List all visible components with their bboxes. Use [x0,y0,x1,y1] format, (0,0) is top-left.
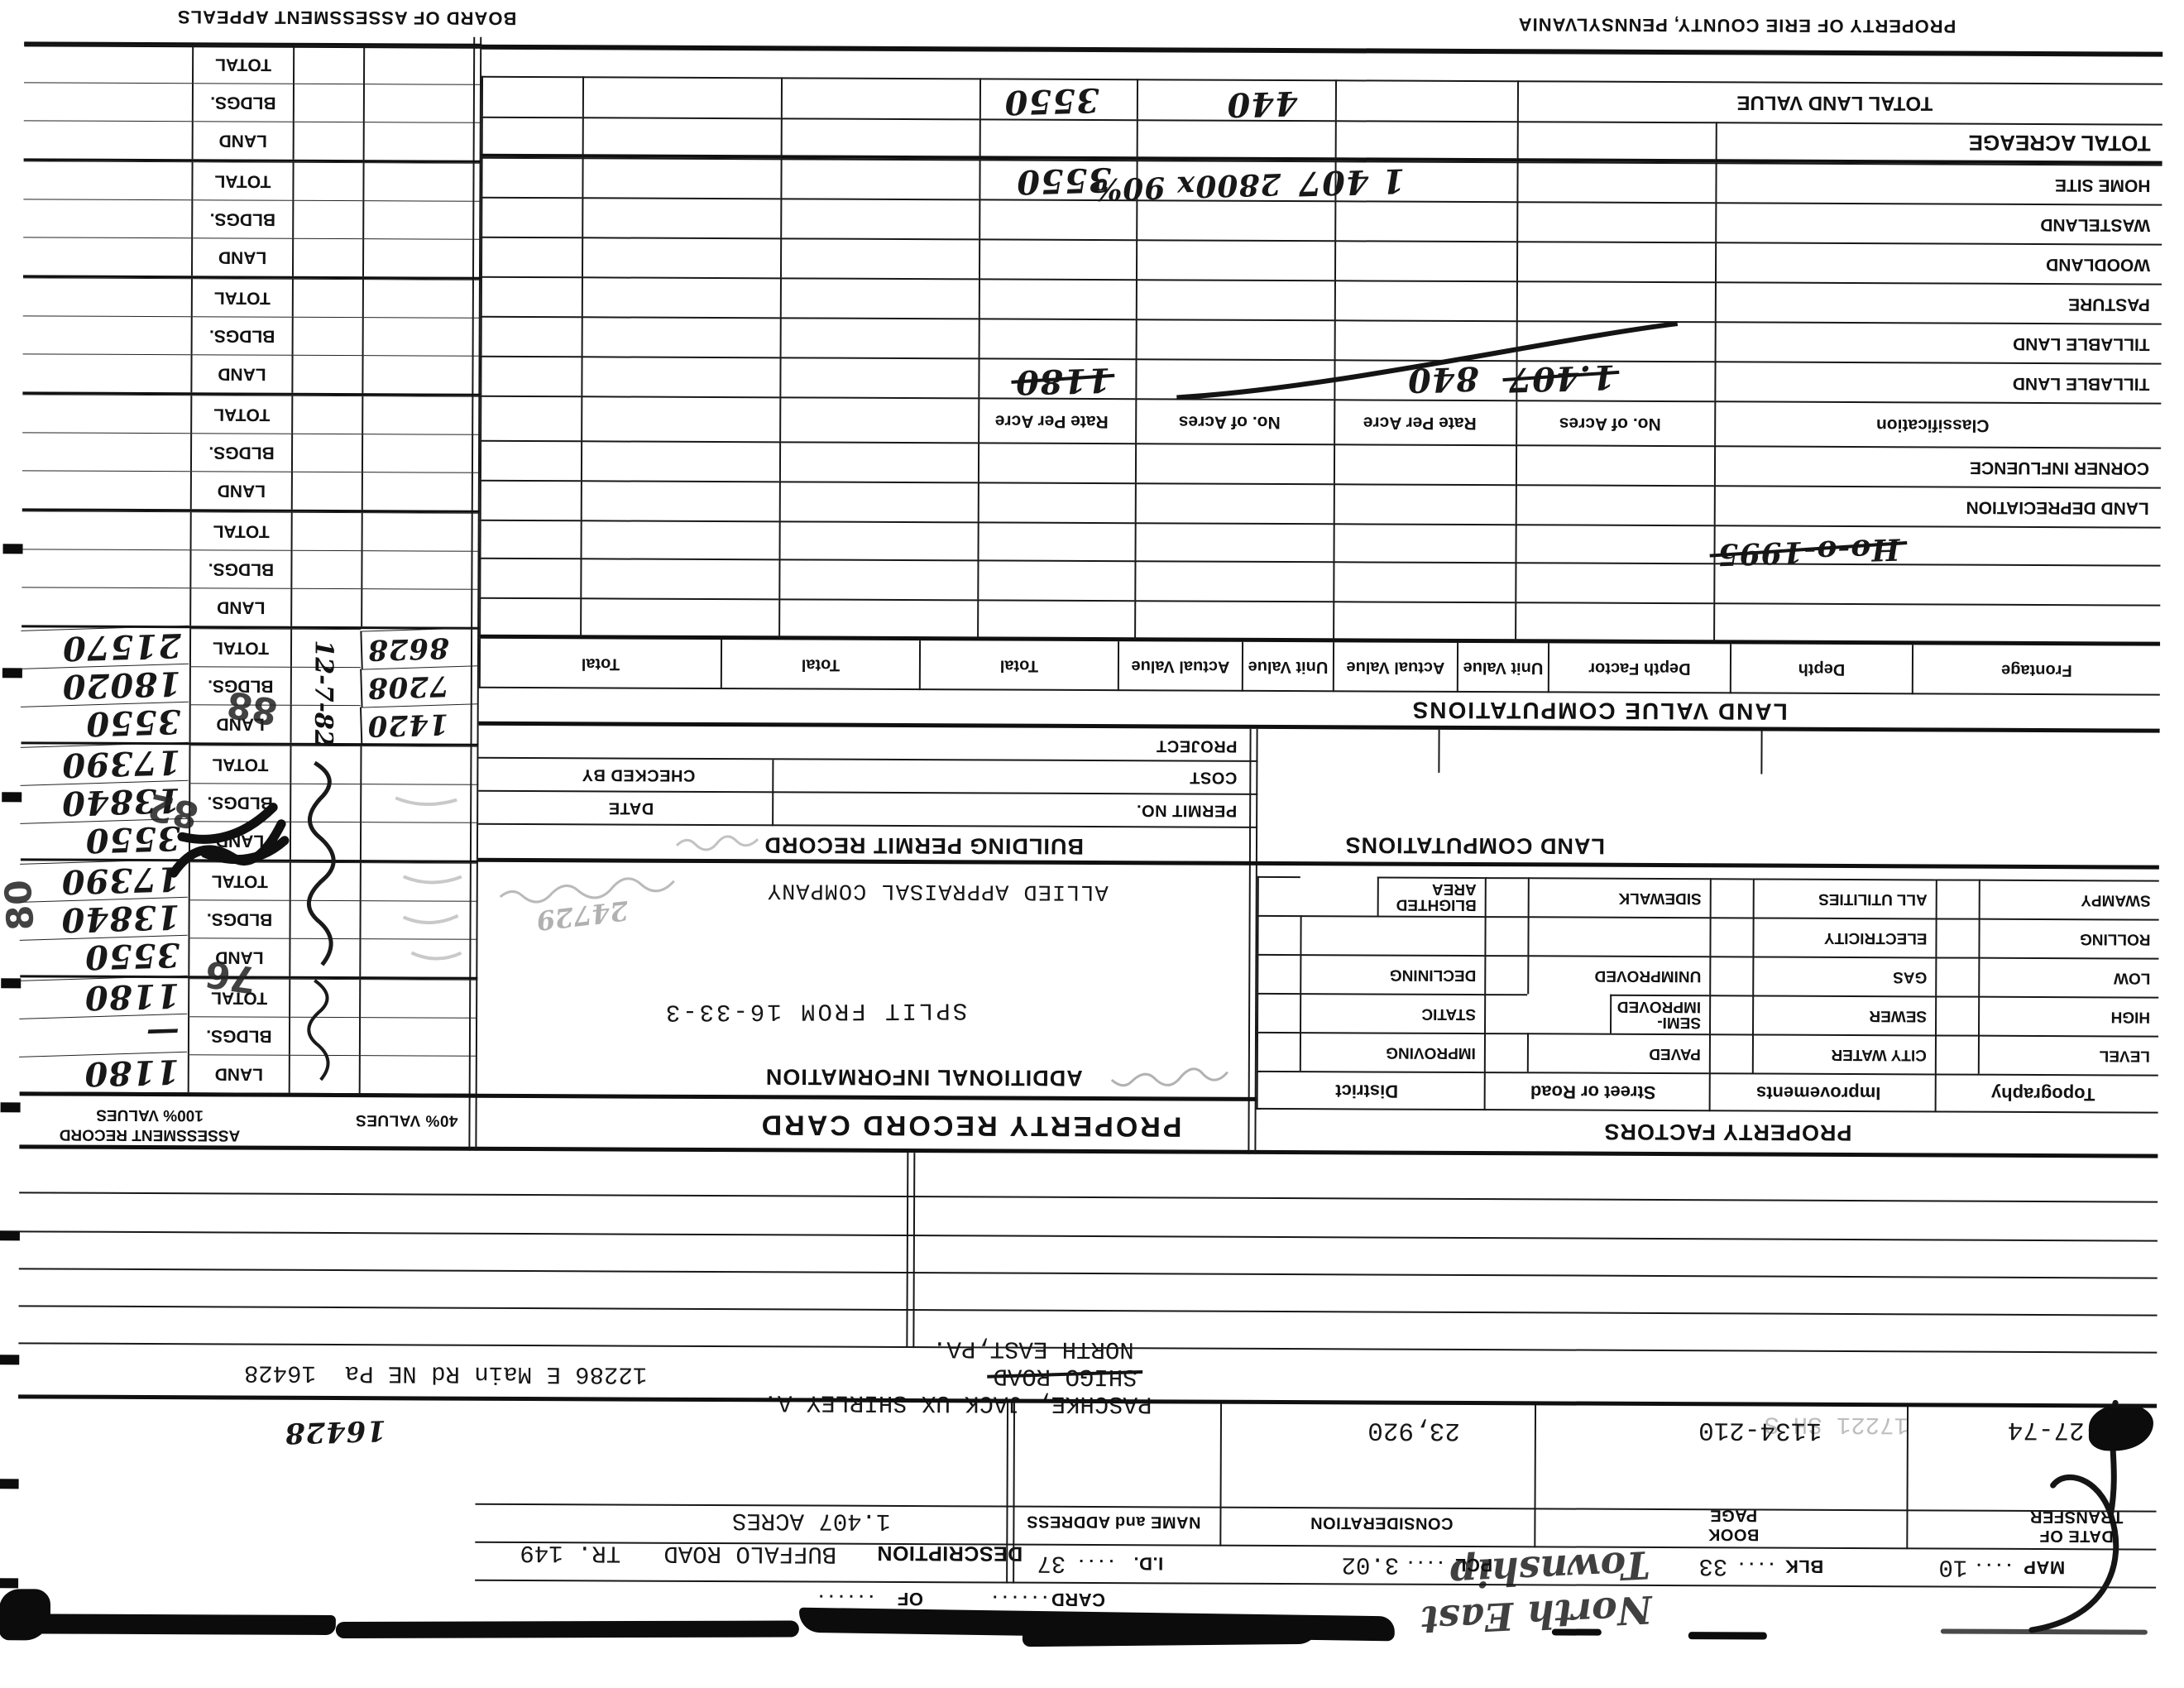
rule [476,1503,2157,1513]
scan-smudge [336,1621,799,1638]
id-value: 37 [1037,1550,1066,1577]
cell [1333,561,1515,602]
owner-rest: NORTH EAST,PA. [932,1335,1134,1363]
cell-note [292,317,362,355]
lvc-header: Total [721,640,919,690]
allied-company: ALLIED APPRAISAL COMPANY [767,877,1109,904]
consideration-value: 23,920 [1367,1415,1460,1444]
value-100pct [22,587,189,626]
pf-checkbox [1257,876,1300,915]
rule [1760,731,1762,774]
cell [582,157,780,198]
classification-row-label: PASTURE [1715,281,2162,323]
pf-checkbox [1709,917,1752,956]
tillable-value-hand: 1180 [1014,360,1111,402]
cls-header: No. of Acres [1135,398,1334,444]
pf-checkbox [1709,956,1752,995]
map-value: 10 [1938,1553,1967,1580]
value-100pct: 17390 [20,859,189,902]
pf-checkbox [1936,879,1979,918]
pf-checkbox [1257,915,1300,954]
pen-scribble [285,977,352,1085]
row-label: TOTAL [191,161,292,200]
pf-item: SWAMPY [1979,880,2159,919]
cell [1333,601,1515,641]
pen-scribble [289,758,356,973]
cell [1335,120,1517,161]
pf-checkbox [1935,918,1978,957]
rule [478,757,1257,762]
pencil-scribble [1091,1055,1232,1097]
pf-checkbox [1257,954,1300,993]
row-label: TOTAL [190,511,291,550]
value-100pct [23,199,191,237]
pf-item: ALL UTILITIES [1753,878,1936,918]
row-label: BLDGS. [192,83,293,122]
rule [478,823,1257,828]
cell [580,597,778,638]
value-100pct: 1180 [20,976,189,1019]
cell [479,597,580,638]
label-line: BOOK [1707,1525,1759,1543]
rule [19,1268,2158,1278]
acres-note: 1.407 ACRES [732,1507,891,1535]
rule [1534,1404,1536,1547]
cell [481,76,582,117]
cell [582,237,780,277]
permit-no-label: PERMIT NO. [1136,800,1237,820]
pf-item [1527,916,1709,956]
cell-40pct [361,588,479,627]
name-address-label: NAME and ADDRESS [1027,1512,1201,1532]
value-100pct [23,315,191,354]
row-label: BLDGS. [189,549,290,588]
pf-item: LEVEL [1978,1035,2158,1075]
cell [977,559,1134,600]
value-100pct [23,237,191,276]
cell-40pct [363,122,481,161]
cell [481,276,582,317]
rule-heavy [478,858,2159,870]
cls-header: Rate Per Acre [978,397,1135,443]
rule [478,790,1257,795]
row-label: TOTAL [190,395,291,434]
value-100pct [24,120,192,159]
cell [480,440,581,481]
value-100pct [23,161,191,199]
edge-tick [0,1230,20,1240]
cell [1515,602,1713,642]
lvc-header: Frontage [1912,645,2160,695]
cell-note [293,122,363,160]
board-footer: BOARD OF ASSESSMENT APPEALS [177,6,517,29]
rule [1438,730,1439,773]
assessment-group: LAND BLDGS. TOTAL [22,277,481,396]
project-label: PROJECT [1157,736,1238,755]
scanned-property-record-card: North East Township CARD . . . . . . OF … [0,0,2184,1688]
cell [1515,562,1713,602]
value-100pct [22,353,190,392]
pf-checkbox [1484,1033,1527,1072]
checked-by-label: CHECKED BY [582,765,695,784]
pencil-scribble [654,827,761,858]
cell [1135,482,1334,523]
rule-heavy [479,722,2160,733]
value-100pct [22,511,190,549]
pf-checkbox [1709,1033,1752,1072]
cell-40pct [359,1055,477,1094]
cell [481,117,582,158]
cell [780,317,979,357]
cell-note [292,162,362,200]
cell [480,520,581,559]
pf-item: BLIGHTED AREA [1377,877,1485,917]
lvc-header: Actual Value [1118,641,1242,692]
edge-tick [3,544,23,554]
land-value-computations-title: LAND VALUE COMPUTATIONS [1411,697,1788,725]
cell [1713,602,2160,644]
lvc-header-row: Frontage Depth Depth Factor Unit Value A… [479,639,2160,696]
row-label: LAND [190,471,291,510]
row-label: LAND [190,354,291,393]
cell [1137,119,1335,161]
cell [581,356,779,396]
cell [581,480,779,520]
dot-leader: . . . . [1079,1555,1114,1574]
pf-checkbox [1709,995,1752,1033]
cell [779,481,978,521]
classification-row-label: WOODLAND [1715,242,2162,283]
map-label: MAP [2024,1556,2066,1578]
cell [481,316,582,357]
cell-note [290,588,361,626]
ink-scribble-blob [165,790,290,899]
value-40pct: 7208 [360,665,479,707]
cell [1134,600,1333,640]
book-page-value: 1134-210 [1698,1415,1822,1445]
cell [781,77,979,118]
cell [780,237,979,278]
classification-row-label: TILLABLE LAND [1715,321,2162,362]
cell [581,520,779,559]
pf-item: SIDEWALK [1528,877,1710,917]
cls-header: Classification [1714,400,2161,447]
cell [580,558,778,598]
property-factors-title: PROPERTY FACTORS [1603,1119,1851,1145]
classification-row-label: HOME SITE [1715,162,2162,204]
value-40pct: 1420 [360,703,479,745]
cell [1515,524,1713,563]
value-100pct [22,432,190,471]
rule-heavy [19,1144,2158,1158]
cell [480,356,581,396]
cell [1135,443,1334,483]
pcl-label: PCL [1455,1554,1493,1575]
mailing-address: 12286 E Main Rd NE Pa 16428 [244,1360,647,1388]
value-100pct [22,394,190,433]
cell-40pct [362,200,481,239]
dot-leader: . . . . [1976,1559,2012,1578]
scan-smudge [1688,1632,1767,1639]
split-note: SPLIT FROM 16-33-3 [663,996,967,1025]
scan-smudge [13,1614,336,1635]
card-label: CARD [1051,1589,1105,1610]
cell [582,197,780,237]
pf-checkbox [1484,994,1527,1033]
cell [779,520,978,559]
consideration-label: CONSIDERATION [1310,1513,1454,1532]
cell [582,117,781,158]
cell-40pct [362,434,480,472]
value-100pct [22,549,189,587]
cell-note [293,84,363,122]
owner-name-line: PASCHKE, JACK UX SHIRLEY A. SHIGO ROAD N… [763,1307,1209,1445]
value-100pct: 17390 [21,742,189,785]
row-label: TOTAL [192,45,293,84]
owner-struck-text: SHIGO ROAD [993,1362,1137,1390]
cell [978,442,1135,482]
pf-item: CITY WATER [1752,1033,1935,1073]
cell [1134,560,1333,601]
cell-note [291,434,362,472]
pencil-scribble [370,762,470,970]
cell [779,357,978,397]
card-of-label: OF [897,1588,923,1609]
property-factors-table: Topography Improvements Street or Road D… [1257,876,2159,1114]
classification-row-label: WASTELAND [1715,202,2162,243]
permit-date-label: DATE [608,798,654,817]
row-label: BLDGS. [190,433,291,472]
value-40pct: 8628 [360,627,479,669]
cell-note [293,46,363,84]
assessment-group: LAND BLDGS. TOTAL [23,161,481,279]
struck-value: Ho-o-1995 [1717,531,1900,572]
additional-info-title: ADDITIONAL INFORMATION [765,1063,1083,1091]
cell [481,197,582,237]
value-100pct [22,470,190,509]
cell-40pct [362,238,481,277]
edge-tick [1,1102,21,1112]
pf-item: SEWER [1752,995,1935,1034]
year-stamp-76: 76 [203,952,259,1000]
cell [778,598,977,639]
cell-40pct [363,84,481,122]
row-label: BLDGS. [191,199,292,238]
cell [1517,121,1716,162]
depreciation-note-hand: Ho-o-1995 [1717,531,1900,572]
cell [1516,161,1715,202]
value-100pct: 21570 [21,626,189,669]
pf-header-district: District [1257,1071,1484,1110]
assessment-group: LAND BLDGS. TOTAL [24,41,482,162]
pf-header-improvements: Improvements [1709,1072,1935,1112]
dot-leader: . . . . [1408,1556,1444,1575]
cell [779,441,978,482]
lvc-header: Unit Value [1457,643,1548,693]
cell [1516,444,1714,485]
homesite-value-hand: 3550 [1015,160,1112,202]
cell-40pct [362,472,480,511]
blk-label: BLK [1784,1556,1823,1577]
cell-40pct [361,550,479,589]
row-label: LAND [189,587,290,626]
cell-note [292,238,362,276]
edge-tick [0,1479,19,1489]
cell [979,318,1136,358]
label-line: DATE OF [2039,1527,2114,1545]
row-label: TOTAL [189,745,290,784]
edge-tick [2,668,22,678]
cell [1134,522,1333,561]
edge-tick [2,792,22,802]
total-land-value-hand: 3550 [1003,80,1100,122]
cell [1334,200,1516,241]
lvc-header: Depth [1730,644,1912,694]
corner-influence-label: CORNER INFLUENCE [1714,445,2161,487]
pf-checkbox [1935,1034,1978,1073]
cls-header [480,396,581,441]
dot-leader: . . . . [1739,1557,1774,1576]
cell [1136,199,1334,240]
cell-note [291,355,362,393]
cell-40pct [362,396,480,434]
edge-tick [0,1355,19,1364]
cell-40pct [362,355,480,394]
cell-note [291,396,362,434]
assessment-record-header: ASSESSMENT RECORD 100% VALUES [19,1104,280,1144]
row-label: LAND [192,121,293,160]
cell-40pct [359,1017,477,1056]
pf-checkbox [1484,955,1527,994]
cell [480,480,581,520]
blk-value: 33 [1698,1552,1727,1580]
pencil-scribble [488,860,678,910]
row-label: BLDGS. [188,1016,289,1055]
margin-note-date: 12-7-82 [309,640,338,755]
value-100pct: — [19,1014,188,1057]
homesite-rate-hand: 2800x 90% [1092,166,1281,207]
cell [977,599,1134,640]
edge-tick [0,1578,18,1588]
cell [481,237,582,277]
county-footer: PROPERTY OF ERIE COUNTY, PENNSYLVANIA [1518,13,1956,36]
cell-40pct [362,162,481,201]
cost-label: COST [1190,768,1238,787]
assessment-group: LAND BLDGS. TOTAL [22,511,480,629]
pf-item: HIGH [1978,996,2158,1036]
assessment-group: LAND BLDGS. TOTAL [22,394,481,512]
total-unit-hand: 440 [1226,84,1299,125]
value-100pct: 3550 [20,935,189,978]
row-label: BLDGS. [188,899,289,938]
cell [582,76,781,117]
rule [1219,1403,1222,1547]
value-100pct [24,44,192,83]
pf-checkbox [1257,993,1300,1032]
value-100pct: 13840 [20,897,189,940]
pf-checkbox [1710,878,1753,917]
pf-item: PAVED [1527,1033,1709,1072]
pf-checkbox [1257,1032,1300,1071]
cell [1136,239,1334,280]
cell [581,440,779,481]
rule [19,1192,2158,1202]
rule [19,1230,2158,1241]
cell [481,157,582,198]
value-100pct: 3550 [21,702,189,745]
values-40-header: 40% VALUES [356,1110,458,1129]
cell [780,198,979,238]
cls-header [779,396,978,442]
pf-item: IMPROVING [1300,1032,1484,1072]
cell [1333,523,1515,562]
cell [1516,484,1714,525]
cell [479,558,580,598]
pcl-value: 3.02 [1342,1551,1400,1578]
cell-note [292,279,362,317]
cell [1516,241,1715,281]
pf-item: ELECTRICITY [1752,917,1935,957]
pf-checkbox [1935,995,1978,1034]
scan-smudge [0,1589,50,1640]
date-of-transfer-label: DATE OF TRANSFER [2029,1507,2123,1545]
pf-checkbox [1484,916,1527,955]
cell [1335,79,1517,121]
pf-header-street: Street or Road [1484,1072,1709,1111]
row-label: TOTAL [191,278,292,317]
cell-note [291,512,362,550]
row-label: LAND [188,1054,289,1093]
value-100pct [23,277,191,316]
land-depreciation-label: LAND DEPRECIATION [1714,485,2161,526]
lvc-header: Total [919,640,1118,691]
land-computations-title: LAND COMPUTATIONS [1344,832,1605,858]
cell [778,559,977,599]
total-land-value-label: TOTAL LAND VALUE [1517,80,2162,123]
homesite-acres-hand: 1 407 [1297,161,1406,203]
cell-40pct [362,317,481,356]
pf-item: GAS [1752,956,1935,995]
cell-40pct [363,46,481,84]
edge-tick [1,978,21,988]
pf-checkbox [1485,877,1528,916]
total-acreage-label: TOTAL ACREAGE [1716,122,2162,164]
pf-checkbox [1935,957,1978,995]
classification-row-label: TILLABLE LAND [1714,361,2161,402]
cell-note [290,550,361,588]
cell [1334,240,1516,281]
pf-item: DECLINING [1300,954,1484,994]
pen-strike [1168,313,1681,406]
row-label: BLDGS. [191,316,292,355]
owner-zip-handwritten: 16428 [284,1413,386,1450]
cls-header: No. of Acres [1516,400,1714,445]
cell-note [291,472,362,510]
pf-item [1300,915,1484,955]
cell-note [292,200,362,238]
cell-40pct [359,979,477,1018]
cell [1334,483,1516,524]
cell [1334,444,1516,484]
cell [979,118,1137,160]
building-permit-title: BUILDING PERMIT RECORD [764,832,1084,859]
pf-item: STATIC [1300,993,1484,1033]
lvc-header: Total [479,639,721,689]
dot-leader: . . . . . . [992,1590,1047,1609]
struck-value: 1180 [1014,360,1111,402]
dot-leader: . . . . . . [818,1590,874,1609]
id-label: I.D. [1133,1552,1163,1574]
